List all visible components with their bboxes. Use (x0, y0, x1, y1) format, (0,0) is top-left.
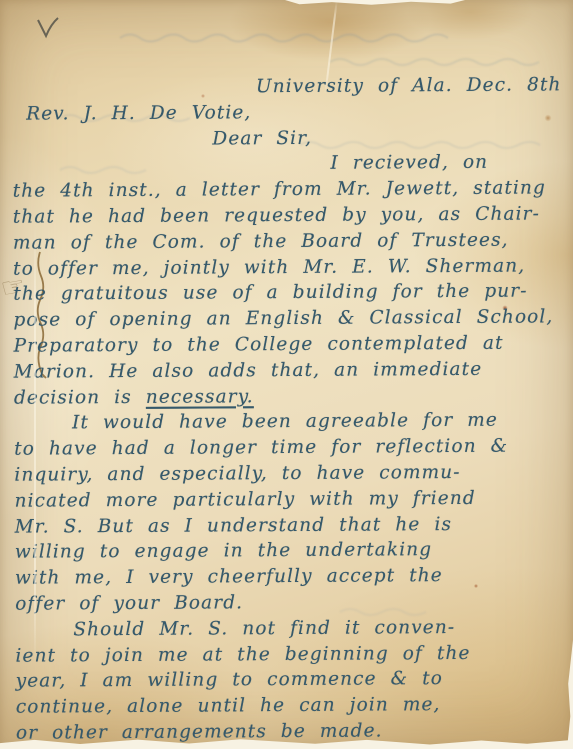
addressee: Rev. J. H. De Votie, (26, 98, 563, 127)
letter-line: man of the Com. of the Board of Trustees… (13, 227, 564, 256)
letter-line: inquiry, and especially, to have commu- (14, 459, 565, 488)
body-opening-line: I recieved, on (330, 150, 563, 177)
letter-line: Marion. He also adds that, an immediate (14, 356, 565, 385)
letter-line: the 4th inst., a letter from Mr. Jewett,… (13, 176, 564, 205)
letter-line: It would have been agreeable for me (14, 408, 565, 437)
letter-line: willing to engage in the undertaking (15, 537, 566, 566)
dateline: University of Ala. Dec. 8th 1841. (256, 72, 563, 100)
letter-line: ient to join me at the beginning of the (15, 640, 566, 669)
letter-body: the 4th inst., a letter from Mr. Jewett,… (13, 176, 567, 747)
letter-scan: ☞ University of Ala. Dec. 8th 1841. Rev.… (0, 0, 573, 749)
letter-line: pose of opening an English & Classical S… (13, 304, 564, 333)
letter-line: the gratuitous use of a building for the… (13, 279, 564, 308)
letter-line: with me, I very cheerfully accept the (15, 562, 566, 591)
letter-line: Mr. S. But as I understand that he is (15, 511, 566, 540)
paper-crease-left (34, 225, 36, 665)
letter-text: University of Ala. Dec. 8th 1841. Rev. J… (12, 72, 567, 746)
letter-line: to have had a longer time for reflection… (14, 433, 565, 462)
letter-line: decision is necessary. (14, 382, 565, 411)
letter-line: Preparatory to the College contemplated … (14, 330, 565, 359)
letter-line: continue, alone until he can join me, (16, 691, 567, 720)
letter-line: to offer me, jointly with Mr. E. W. Sher… (13, 253, 564, 282)
letter-line: Should Mr. S. not find it conven- (15, 614, 566, 643)
letter-line: offer of your Board. (15, 588, 566, 617)
letter-line: that he had been requested by you, as Ch… (13, 201, 564, 230)
letter-line: nicated more particularly with my friend (14, 485, 565, 514)
letter-line: year, I am willing to commence & to (16, 666, 567, 695)
salutation: Dear Sir, (212, 124, 563, 152)
